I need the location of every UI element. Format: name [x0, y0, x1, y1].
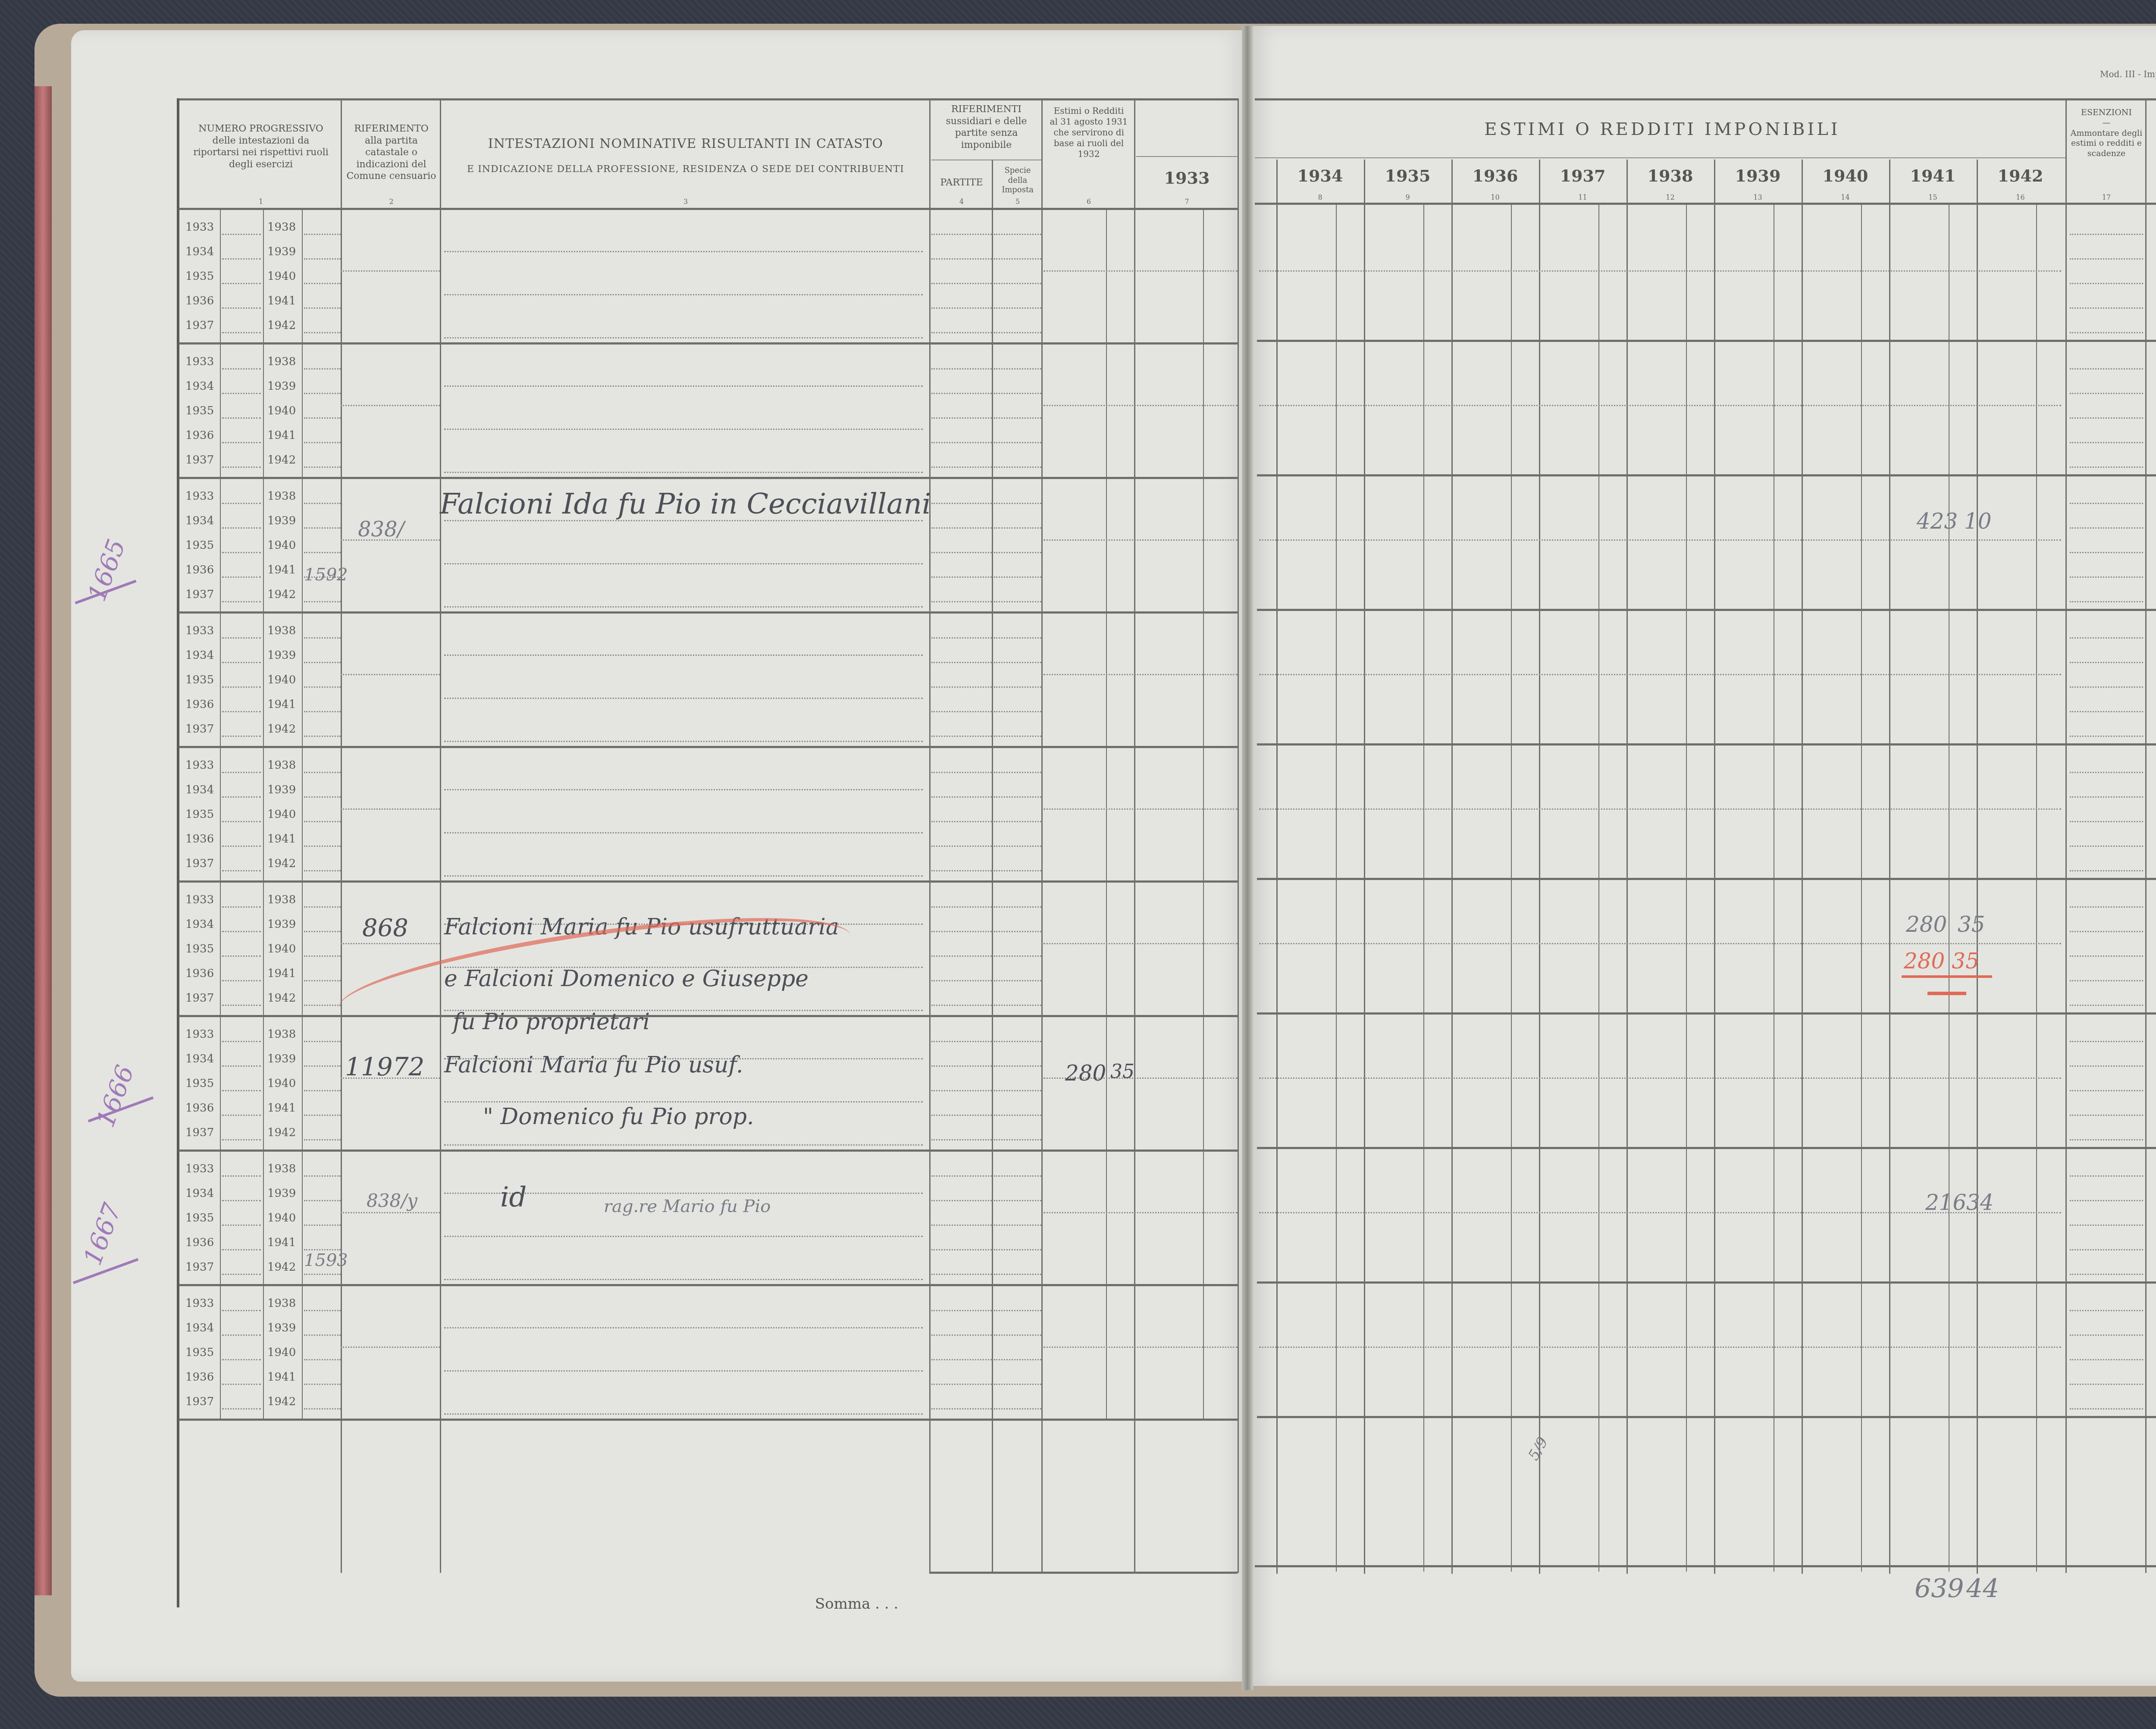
- header-annotazioni: ANNOTAZIONI: [2147, 138, 2156, 154]
- year-label: 1935: [185, 673, 214, 686]
- year-label: 1939: [267, 1052, 296, 1065]
- side-number: 1593: [304, 1250, 348, 1270]
- year-label: 1934: [185, 1322, 214, 1334]
- year-label: 1935: [185, 1077, 214, 1090]
- header-specie-imposta: Specie della Imposta: [994, 166, 1041, 195]
- year-label: 1936: [185, 698, 214, 711]
- year-label: 1935: [185, 943, 214, 955]
- year-label: 1937: [185, 588, 214, 601]
- year-label: 1942: [267, 319, 296, 332]
- year-label: 1937: [185, 319, 214, 332]
- year-label: 1937: [185, 1395, 214, 1408]
- header-year-1937: 1937: [1539, 166, 1626, 185]
- taxpayer-name: Falcioni Maria fu Pio usuf.: [444, 1052, 743, 1078]
- header-year-1941: 1941: [1889, 166, 1977, 185]
- year-label: 1942: [267, 1126, 296, 1139]
- year-label: 1941: [267, 564, 296, 576]
- year-label: 1941: [267, 1236, 296, 1249]
- partita-ref: 11972: [345, 1052, 425, 1081]
- year-label: 1934: [185, 649, 214, 662]
- year-label: 1936: [185, 1371, 214, 1384]
- year-label: 1942: [267, 992, 296, 1005]
- header-estimi-1931: Estimi o Redditi al 31 agosto 1931 che s…: [1044, 106, 1134, 160]
- year-label: 1938: [267, 624, 296, 637]
- year-label: 1938: [267, 759, 296, 772]
- header-esenzioni: ESENZIONI — Ammontare degli estimi o red…: [2068, 108, 2145, 159]
- form-reference: Mod. III - Imposte Dirette (Intestazioni…: [2100, 69, 2156, 79]
- year-label: 1942: [267, 857, 296, 870]
- year-label: 1942: [267, 723, 296, 736]
- year-label: 1933: [185, 355, 214, 368]
- year-label: 1937: [185, 1126, 214, 1139]
- year-label: 1938: [267, 221, 296, 234]
- year-label: 1934: [185, 783, 214, 796]
- year-label: 1934: [185, 380, 214, 393]
- year-label: 1934: [185, 1052, 214, 1065]
- year-label: 1936: [185, 967, 214, 980]
- header-intestazioni: INTESTAZIONI NOMINATIVE RISULTANTI IN CA…: [444, 136, 927, 175]
- header-numero-progressivo: NUMERO PROGRESSIVO delle intestazioni da…: [181, 123, 341, 170]
- taxpayer-name: Falcioni Ida fu Pio in Cecciavillani: [440, 487, 931, 520]
- year-label: 1935: [185, 270, 214, 283]
- year-label: 1939: [267, 514, 296, 527]
- red-underline: [1902, 975, 1992, 978]
- year-label: 1935: [185, 539, 214, 552]
- year-label: 1941: [267, 294, 296, 307]
- year-label: 1937: [185, 1261, 214, 1274]
- year-label: 1935: [185, 1212, 214, 1225]
- somma-total-lire: 639: [1915, 1574, 1964, 1604]
- year-label: 1934: [185, 245, 214, 258]
- header-riferimento: RIFERIMENTO alla partita catastale o ind…: [343, 123, 440, 182]
- year-label: 1937: [185, 723, 214, 736]
- year-label: 1933: [185, 221, 214, 234]
- header-year-1934: 1934: [1276, 166, 1364, 185]
- taxpayer-name-line2: " Domenico fu Pio prop.: [483, 1104, 754, 1130]
- year-label: 1941: [267, 698, 296, 711]
- year-label: 1936: [185, 833, 214, 846]
- somma-total-cent: 44: [1966, 1574, 1999, 1604]
- year-label: 1938: [267, 1162, 296, 1175]
- right-page: [1248, 26, 2156, 1686]
- year-label: 1939: [267, 245, 296, 258]
- year-label: 1940: [267, 404, 296, 417]
- header-year-1936: 1936: [1451, 166, 1539, 185]
- year-label: 1942: [267, 454, 296, 467]
- red-binding-edge: [34, 86, 52, 1595]
- income-1941-cent: 35: [1958, 912, 1985, 937]
- year-label: 1933: [185, 1162, 214, 1175]
- income-1941-lire: 423: [1917, 509, 1958, 534]
- year-label: 1939: [267, 918, 296, 931]
- year-label: 1941: [267, 1371, 296, 1384]
- header-estimi-imponibili: ESTIMI O REDDITI IMPONIBILI: [1259, 119, 2065, 140]
- year-label: 1938: [267, 893, 296, 906]
- partita-ref: 868: [362, 914, 408, 942]
- year-label: 1941: [267, 833, 296, 846]
- year-label: 1940: [267, 270, 296, 283]
- red-dash: [1927, 992, 1966, 995]
- year-label: 1936: [185, 294, 214, 307]
- year-label: 1942: [267, 1261, 296, 1274]
- header-riferimenti-sussidiari: RIFERIMENTI sussidiari e delle partite s…: [931, 103, 1041, 151]
- income-1941-lire: 280: [1906, 912, 1947, 937]
- year-label: 1934: [185, 918, 214, 931]
- header-partite: PARTITE: [931, 177, 992, 189]
- partita-ref: 838/y: [367, 1190, 417, 1211]
- year-label: 1933: [185, 624, 214, 637]
- year-label: 1939: [267, 783, 296, 796]
- year-label: 1941: [267, 1102, 296, 1115]
- header-year-1942: 1942: [1977, 166, 2064, 185]
- header-year-1938: 1938: [1626, 166, 1714, 185]
- year-label: 1939: [267, 1187, 296, 1200]
- year-label: 1940: [267, 943, 296, 955]
- year-label: 1933: [185, 490, 214, 503]
- book-gutter: [1242, 26, 1253, 1690]
- year-label: 1938: [267, 1297, 296, 1310]
- year-label: 1935: [185, 404, 214, 417]
- year-label: 1939: [267, 649, 296, 662]
- year-label: 1942: [267, 588, 296, 601]
- year-label: 1936: [185, 564, 214, 576]
- income-1941-cent: 10: [1964, 509, 1992, 534]
- year-label: 1935: [185, 808, 214, 821]
- year-label: 1939: [267, 1322, 296, 1334]
- income-1941-correction: 280 35: [1904, 949, 1979, 974]
- year-label: 1937: [185, 857, 214, 870]
- year-label: 1938: [267, 355, 296, 368]
- side-number: 1592: [304, 565, 348, 585]
- year-label: 1935: [185, 1346, 214, 1359]
- year-label: 1936: [185, 429, 214, 442]
- year-label: 1936: [185, 1102, 214, 1115]
- header-year-1940: 1940: [1802, 166, 1889, 185]
- year-label: 1938: [267, 490, 296, 503]
- year-label: 1934: [185, 514, 214, 527]
- year-label: 1939: [267, 380, 296, 393]
- year-label: 1940: [267, 1212, 296, 1225]
- year-label: 1933: [185, 1028, 214, 1041]
- year-label: 1940: [267, 539, 296, 552]
- income-1941-cent: 34: [1966, 1190, 1994, 1215]
- year-label: 1940: [267, 673, 296, 686]
- year-label: 1937: [185, 992, 214, 1005]
- estimo-1931-lire: 280: [1065, 1061, 1106, 1086]
- partita-ref: 838/: [358, 517, 404, 542]
- taxpayer-name: id: [500, 1181, 526, 1213]
- income-1941-lire: 216: [1925, 1190, 1966, 1215]
- year-label: 1941: [267, 967, 296, 980]
- header-year-1935: 1935: [1364, 166, 1451, 185]
- estimo-1931-cent: 35: [1110, 1061, 1134, 1083]
- header-year-1939: 1939: [1714, 166, 1802, 185]
- somma-label: Somma . . .: [815, 1595, 898, 1613]
- year-label: 1940: [267, 1077, 296, 1090]
- year-label: 1942: [267, 1395, 296, 1408]
- year-label: 1941: [267, 429, 296, 442]
- year-label: 1936: [185, 1236, 214, 1249]
- header-year-1933: 1933: [1136, 168, 1238, 188]
- left-page: [71, 30, 1248, 1682]
- taxpayer-name-extra: rag.re Mario fu Pio: [604, 1197, 771, 1216]
- year-label: 1940: [267, 1346, 296, 1359]
- year-label: 1933: [185, 893, 214, 906]
- year-label: 1937: [185, 454, 214, 467]
- year-label: 1940: [267, 808, 296, 821]
- year-label: 1933: [185, 1297, 214, 1310]
- year-label: 1938: [267, 1028, 296, 1041]
- year-label: 1934: [185, 1187, 214, 1200]
- year-label: 1933: [185, 759, 214, 772]
